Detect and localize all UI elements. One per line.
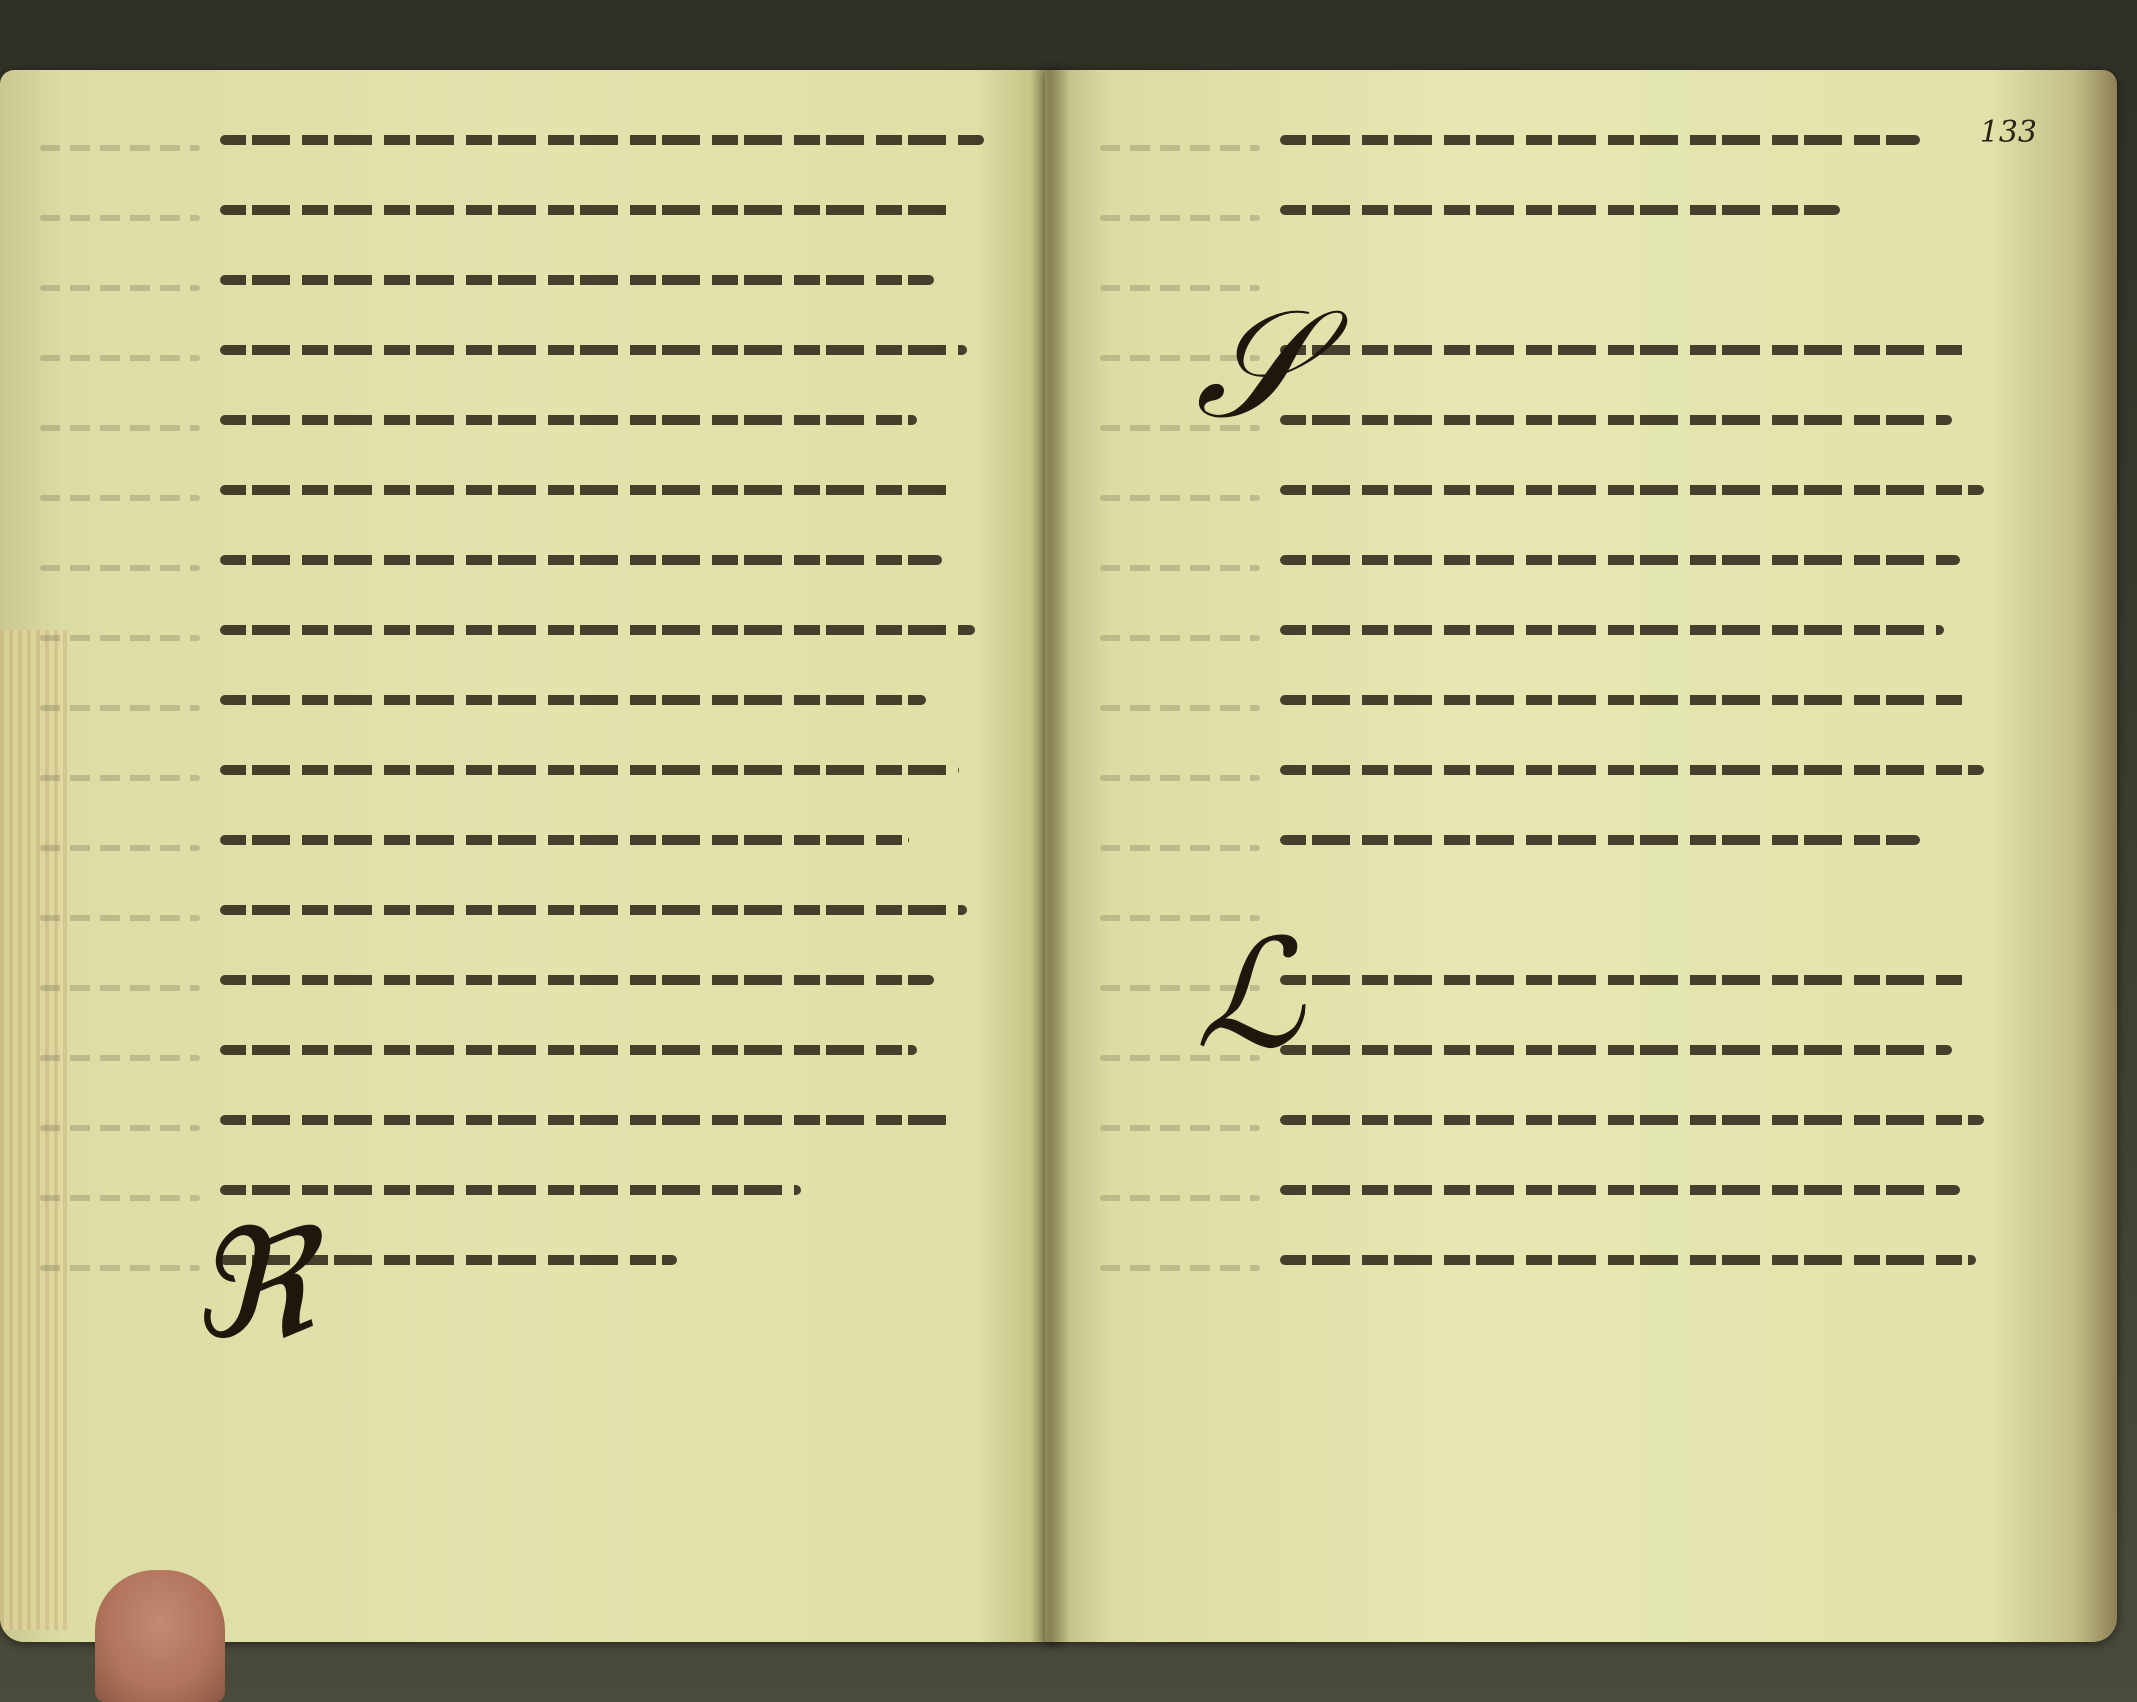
decorated-initial-right-upper: 𝒮 (1195, 290, 1311, 440)
manuscript-line (1280, 875, 2080, 945)
manuscript-line (220, 245, 1050, 315)
manuscript-line (1280, 595, 2080, 665)
manuscript-line (1280, 1155, 2080, 1225)
manuscript-line (220, 945, 1050, 1015)
manuscript-line (220, 455, 1050, 525)
decorated-initial-right-lower: ℒ (1195, 920, 1303, 1070)
manuscript-line (220, 735, 1050, 805)
manuscript-line (1280, 245, 2080, 315)
manuscript-line (220, 385, 1050, 455)
manuscript-line (1280, 455, 2080, 525)
decorated-initial-left: ℜ (190, 1210, 312, 1360)
manuscript-line (1280, 525, 2080, 595)
manuscript-line (220, 1085, 1050, 1155)
manuscript-line (1280, 665, 2080, 735)
hand-thumb (95, 1570, 225, 1702)
right-page-text (1280, 105, 2080, 1295)
manuscript-line (1280, 385, 2080, 455)
manuscript-line (1280, 1225, 2080, 1295)
manuscript-line (220, 525, 1050, 595)
manuscript-line (1280, 105, 2080, 175)
manuscript-line (1280, 1015, 2080, 1085)
manuscript-line (220, 875, 1050, 945)
manuscript-line (220, 1015, 1050, 1085)
manuscript-line (1280, 945, 2080, 1015)
manuscript-line (1280, 805, 2080, 875)
manuscript-line (220, 315, 1050, 385)
open-book: 133 ℜ 𝒮 ℒ (0, 40, 2137, 1702)
manuscript-line (220, 1225, 1050, 1295)
manuscript-line (220, 805, 1050, 875)
manuscript-line (1280, 1085, 2080, 1155)
manuscript-line (220, 665, 1050, 735)
manuscript-line (220, 1155, 1050, 1225)
manuscript-line (220, 105, 1050, 175)
manuscript-line (1280, 315, 2080, 385)
manuscript-line (220, 595, 1050, 665)
manuscript-line (1280, 735, 2080, 805)
manuscript-line (1280, 175, 2080, 245)
manuscript-line (220, 175, 1050, 245)
left-page-text (220, 105, 1050, 1295)
